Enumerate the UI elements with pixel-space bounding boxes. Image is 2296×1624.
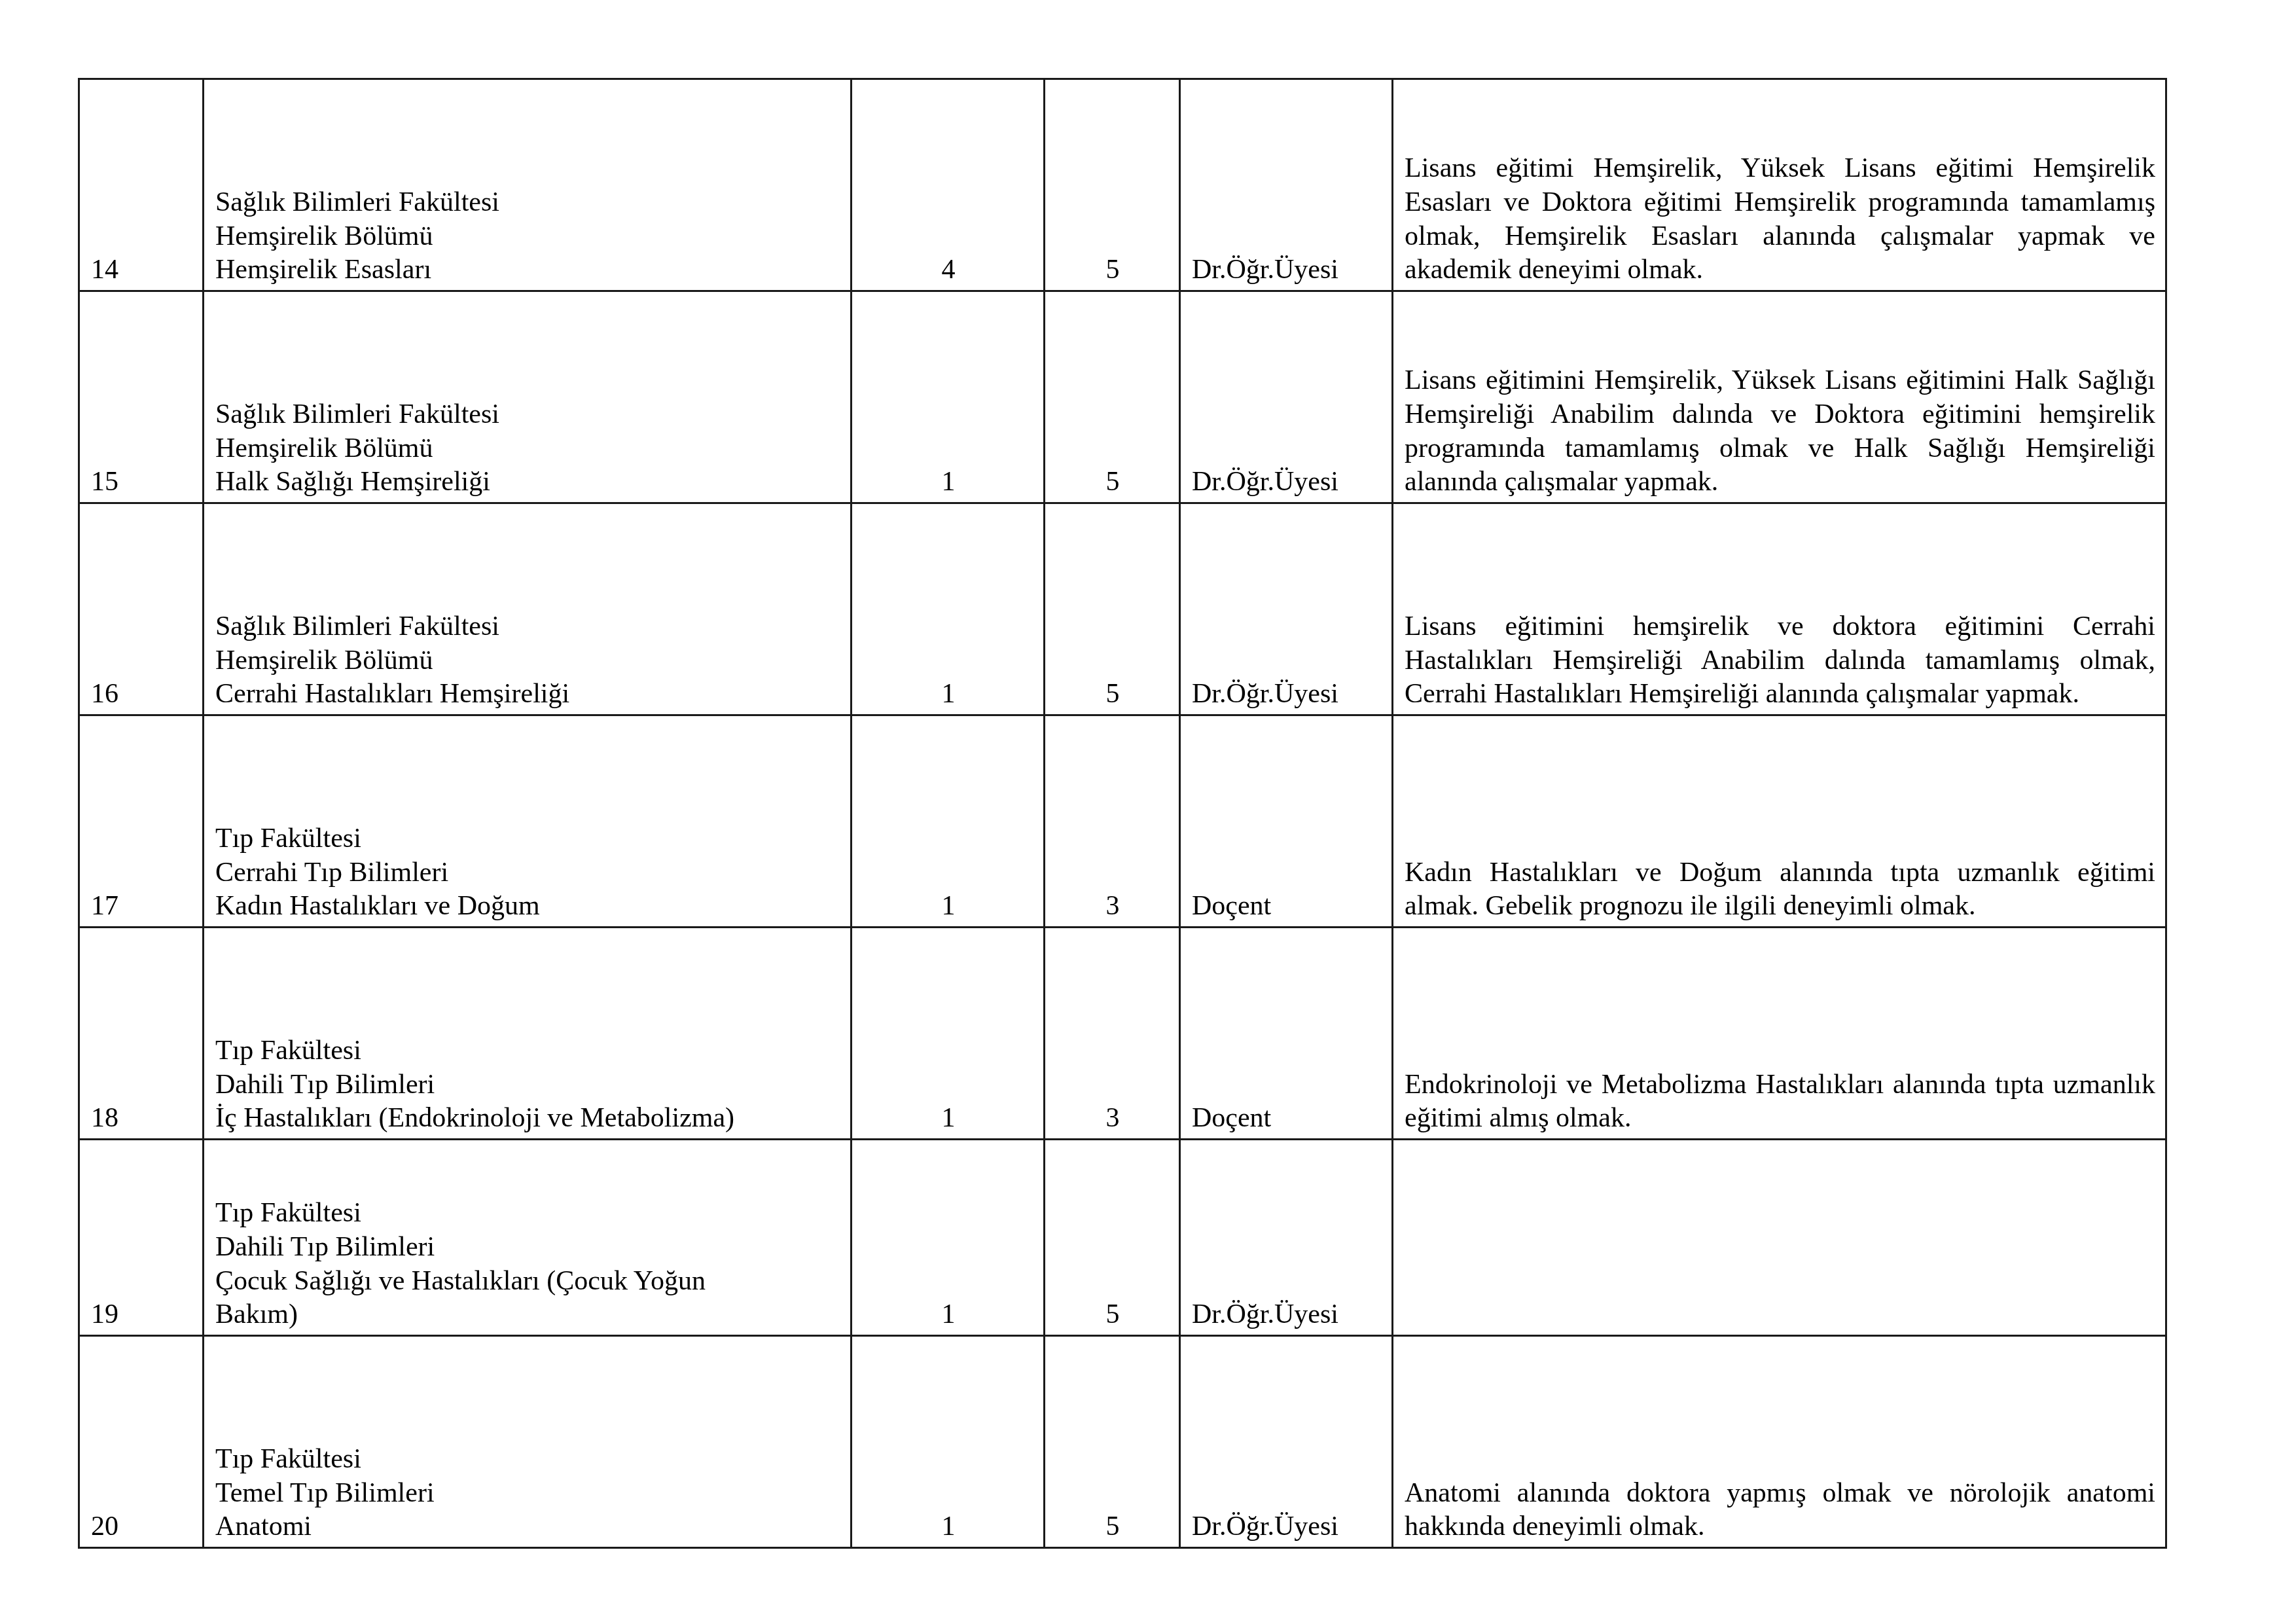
- division-name: Cerrahi Hastalıkları Hemşireliği: [215, 677, 840, 712]
- unit-cell: Tıp Fakültesi Dahili Tıp Bilimleri Çocuk…: [204, 1140, 852, 1336]
- requirements: Lisans eğitimini hemşirelik ve doktora e…: [1393, 503, 2166, 715]
- table-row: 15 Sağlık Bilimleri Fakültesi Hemşirelik…: [79, 291, 2166, 503]
- faculty-name: Tıp Fakültesi: [215, 1034, 840, 1068]
- faculty-name: Tıp Fakültesi: [215, 1197, 840, 1231]
- row-number: 18: [79, 928, 204, 1140]
- row-number: 17: [79, 715, 204, 928]
- table-row: 18 Tıp Fakültesi Dahili Tıp Bilimleri İç…: [79, 928, 2166, 1140]
- requirements: Endokrinoloji ve Metabolizma Hastalıklar…: [1393, 928, 2166, 1140]
- position-count: 4: [852, 79, 1045, 291]
- position-count: 1: [852, 1336, 1045, 1548]
- department-name: Temel Tıp Bilimleri: [215, 1477, 840, 1511]
- unit-cell: Sağlık Bilimleri Fakültesi Hemşirelik Bö…: [204, 79, 852, 291]
- department-name: Hemşirelik Bölümü: [215, 432, 840, 466]
- requirements: Anatomi alanında doktora yapmış olmak ve…: [1393, 1336, 2166, 1548]
- row-number: 20: [79, 1336, 204, 1548]
- table-row: 16 Sağlık Bilimleri Fakültesi Hemşirelik…: [79, 503, 2166, 715]
- academic-title: Dr.Öğr.Üyesi: [1180, 79, 1393, 291]
- row-number: 16: [79, 503, 204, 715]
- division-name: Anatomi: [215, 1510, 840, 1544]
- position-count: 1: [852, 715, 1045, 928]
- academic-title: Dr.Öğr.Üyesi: [1180, 503, 1393, 715]
- unit-cell: Tıp Fakültesi Dahili Tıp Bilimleri İç Ha…: [204, 928, 852, 1140]
- faculty-name: Tıp Fakültesi: [215, 1443, 840, 1477]
- unit-cell: Sağlık Bilimleri Fakültesi Hemşirelik Bö…: [204, 291, 852, 503]
- position-degree: 5: [1045, 1336, 1180, 1548]
- faculty-name: Sağlık Bilimleri Fakültesi: [215, 186, 840, 220]
- faculty-name: Sağlık Bilimleri Fakültesi: [215, 610, 840, 644]
- academic-title: Doçent: [1180, 715, 1393, 928]
- row-number: 19: [79, 1140, 204, 1336]
- academic-title: Doçent: [1180, 928, 1393, 1140]
- position-count: 1: [852, 291, 1045, 503]
- division-name: Hemşirelik Esasları: [215, 253, 840, 287]
- table-row: 20 Tıp Fakültesi Temel Tıp Bilimleri Ana…: [79, 1336, 2166, 1548]
- requirements: Lisans eğitimi Hemşirelik, Yüksek Lisans…: [1393, 79, 2166, 291]
- table-row: 19 Tıp Fakültesi Dahili Tıp Bilimleri Ço…: [79, 1140, 2166, 1336]
- row-number: 14: [79, 79, 204, 291]
- position-degree: 5: [1045, 79, 1180, 291]
- position-degree: 3: [1045, 928, 1180, 1140]
- position-degree: 3: [1045, 715, 1180, 928]
- academic-title: Dr.Öğr.Üyesi: [1180, 291, 1393, 503]
- department-name: Dahili Tıp Bilimleri: [215, 1068, 840, 1102]
- table-row: 14 Sağlık Bilimleri Fakültesi Hemşirelik…: [79, 79, 2166, 291]
- faculty-name: Sağlık Bilimleri Fakültesi: [215, 398, 840, 432]
- unit-cell: Tıp Fakültesi Cerrahi Tıp Bilimleri Kadı…: [204, 715, 852, 928]
- position-degree: 5: [1045, 1140, 1180, 1336]
- division-name: Çocuk Sağlığı ve Hastalıkları (Çocuk Yoğ…: [215, 1265, 739, 1332]
- faculty-name: Tıp Fakültesi: [215, 822, 840, 856]
- department-name: Hemşirelik Bölümü: [215, 644, 840, 678]
- requirements: [1393, 1140, 2166, 1336]
- unit-cell: Tıp Fakültesi Temel Tıp Bilimleri Anatom…: [204, 1336, 852, 1548]
- academic-title: Dr.Öğr.Üyesi: [1180, 1140, 1393, 1336]
- requirements: Lisans eğitimini Hemşirelik, Yüksek Lisa…: [1393, 291, 2166, 503]
- division-name: İç Hastalıkları (Endokrinoloji ve Metabo…: [215, 1102, 840, 1136]
- division-name: Kadın Hastalıkları ve Doğum: [215, 890, 840, 924]
- requirements: Kadın Hastalıkları ve Doğum alanında tıp…: [1393, 715, 2166, 928]
- department-name: Dahili Tıp Bilimleri: [215, 1231, 840, 1265]
- row-number: 15: [79, 291, 204, 503]
- position-count: 1: [852, 928, 1045, 1140]
- department-name: Hemşirelik Bölümü: [215, 220, 840, 254]
- unit-cell: Sağlık Bilimleri Fakültesi Hemşirelik Bö…: [204, 503, 852, 715]
- position-degree: 5: [1045, 291, 1180, 503]
- position-count: 1: [852, 1140, 1045, 1336]
- table-row: 17 Tıp Fakültesi Cerrahi Tıp Bilimleri K…: [79, 715, 2166, 928]
- position-degree: 5: [1045, 503, 1180, 715]
- position-count: 1: [852, 503, 1045, 715]
- department-name: Cerrahi Tıp Bilimleri: [215, 856, 840, 890]
- division-name: Halk Sağlığı Hemşireliği: [215, 465, 840, 499]
- academic-title: Dr.Öğr.Üyesi: [1180, 1336, 1393, 1548]
- staff-positions-table: 14 Sağlık Bilimleri Fakültesi Hemşirelik…: [78, 78, 2167, 1549]
